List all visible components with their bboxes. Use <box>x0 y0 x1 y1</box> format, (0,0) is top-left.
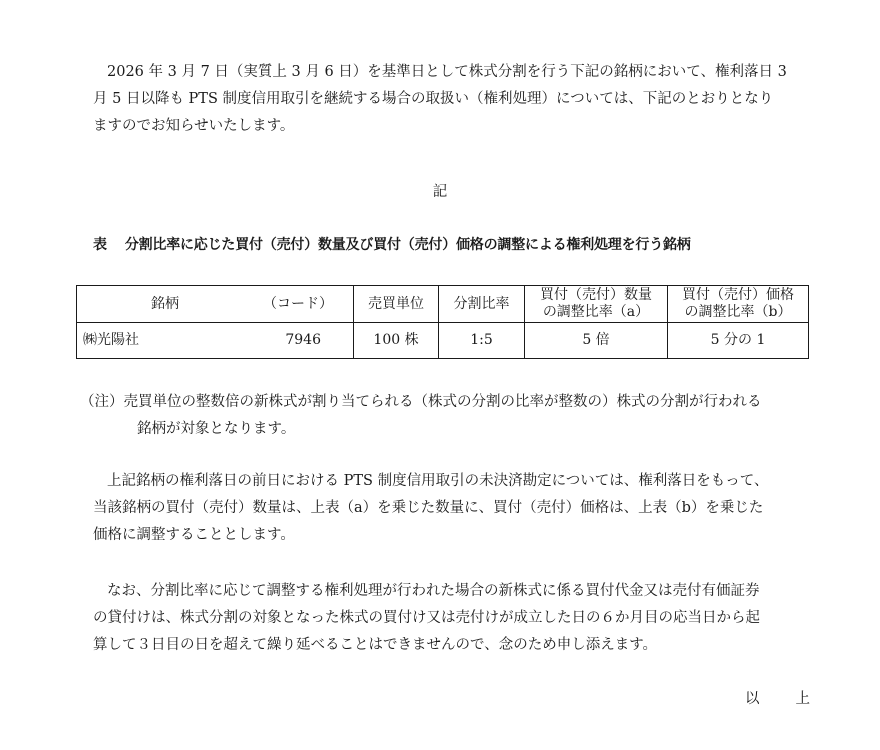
notice-paragraph: なお、分割比率に応じて調整する権利処理が行われた場合の新株式に係る買付代金又は売… <box>93 578 808 659</box>
header-ratio: 分割比率 <box>439 286 525 323</box>
table-header-row: 銘柄 （コード） 売買単位 分割比率 買付（売付）数量 の調整比率（a） 買付（… <box>77 286 809 323</box>
table-heading-label: 表 <box>93 237 107 253</box>
header-b-line2: の調整比率（b） <box>668 304 808 321</box>
para3-line-2: の貸付けは、株式分割の対象となった株式の買付け又は売付けが成立した日の６か月目の… <box>93 605 808 632</box>
cell-adjust-b: 5 分の 1 <box>668 323 809 359</box>
closing-mark: 以上 <box>745 687 810 711</box>
closing-left: 以 <box>745 687 760 711</box>
intro-line-1: 2026 年 3 月 7 日（実質上 3 月 6 日）を基準日として株式分割を行… <box>93 59 808 86</box>
header-name-code: 銘柄 （コード） <box>77 286 354 323</box>
para2-line-1: 上記銘柄の権利落日の前日における PTS 制度信用取引の未決済勘定については、権… <box>93 468 808 495</box>
header-unit: 売買単位 <box>354 286 439 323</box>
intro-line-3: ますのでお知らせいたします。 <box>93 113 808 140</box>
para2-line-2: 当該銘柄の買付（売付）数量は、上表（a）を乗じた数量に、買付（売付）価格は、上表… <box>93 495 808 522</box>
ki-marker: 記 <box>0 180 880 204</box>
intro-line-2: 月 5 日以降も PTS 制度信用取引を継続する場合の取扱い（権利処理）について… <box>93 86 808 113</box>
header-adjust-b: 買付（売付）価格 の調整比率（b） <box>668 286 809 323</box>
header-adjust-a: 買付（売付）数量 の調整比率（a） <box>525 286 668 323</box>
cell-name: ㈱光陽社 <box>83 332 139 349</box>
cell-unit: 100 株 <box>354 323 439 359</box>
table-heading-text: 分割比率に応じた買付（売付）数量及び買付（売付）価格の調整による権利処理を行う銘… <box>125 237 691 253</box>
split-ratio-table: 銘柄 （コード） 売買単位 分割比率 買付（売付）数量 の調整比率（a） 買付（… <box>76 285 809 359</box>
note-line-2: 銘柄が対象となります。 <box>80 416 810 443</box>
header-b-line1: 買付（売付）価格 <box>668 287 808 304</box>
closing-right: 上 <box>796 687 811 711</box>
note-paragraph: （注）売買単位の整数倍の新株式が割り当てられる（株式の分割の比率が整数の）株式の… <box>80 389 810 443</box>
adjustment-paragraph: 上記銘柄の権利落日の前日における PTS 制度信用取引の未決済勘定については、権… <box>93 468 808 549</box>
note-line-1: （注）売買単位の整数倍の新株式が割り当てられる（株式の分割の比率が整数の）株式の… <box>80 389 810 416</box>
intro-paragraph: 2026 年 3 月 7 日（実質上 3 月 6 日）を基準日として株式分割を行… <box>93 59 808 140</box>
para2-line-3: 価格に調整することとします。 <box>93 522 808 549</box>
cell-name-code: ㈱光陽社 7946 <box>77 323 354 359</box>
header-code: （コード） <box>263 296 333 313</box>
header-a-line2: の調整比率（a） <box>525 304 667 321</box>
para3-line-1: なお、分割比率に応じて調整する権利処理が行われた場合の新株式に係る買付代金又は売… <box>93 578 808 605</box>
table-row: ㈱光陽社 7946 100 株 1:5 5 倍 5 分の 1 <box>77 323 809 359</box>
cell-ratio: 1:5 <box>439 323 525 359</box>
header-a-line1: 買付（売付）数量 <box>525 287 667 304</box>
header-name: 銘柄 <box>151 296 179 313</box>
document-page: 2026 年 3 月 7 日（実質上 3 月 6 日）を基準日として株式分割を行… <box>0 0 880 750</box>
cell-adjust-a: 5 倍 <box>525 323 668 359</box>
cell-code: 7946 <box>285 332 321 349</box>
para3-line-3: 算して３日目の日を超えて繰り延べることはできませんので、念のため申し添えます。 <box>93 632 808 659</box>
table-heading: 表分割比率に応じた買付（売付）数量及び買付（売付）価格の調整による権利処理を行う… <box>93 233 691 257</box>
